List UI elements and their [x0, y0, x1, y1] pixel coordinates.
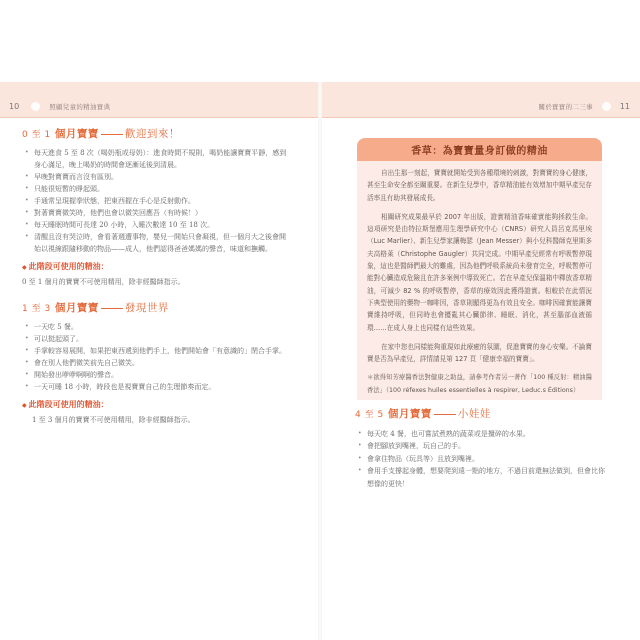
list-item: 會拿住物品（玩具等）且放到嘴裡。 — [358, 453, 605, 466]
left-content: 0 至 1 個月寶寶歡迎到來！ 每天進食 5 至 8 次（喝奶瓶或母奶）：進食時… — [22, 128, 292, 426]
em-dash-line — [434, 414, 456, 415]
vanilla-info-box: 香草：為寶寶量身訂做的精油 自出生那一刻起，寶寶就開始受到各種環境的刺激，對寶寶… — [357, 138, 602, 400]
list-item: 手掌較容易展開，如果把東西遞到他們手上，他們開始會「有意識的」閉合手掌。 — [25, 345, 292, 357]
running-title: 照顧兒童的精油寶典 — [49, 102, 110, 111]
left-header-band: 10 照顧兒童的精油寶典 — [0, 82, 320, 118]
list-item: 一天吃 5 餐。 — [25, 321, 292, 333]
diamond-bullet-icon: ◆ — [22, 264, 27, 271]
oil-heading-0-1: ◆此階段可使用的精油： — [22, 261, 292, 274]
left-running-header: 10 照顧兒童的精油寶典 — [9, 102, 110, 111]
list-item: 每天進食 5 至 8 次（喝奶瓶或母奶）：進食時間不規則，喝奶能讓寶寶平靜，感到… — [25, 147, 292, 171]
box-title: 香草：為寶寶量身訂做的精油 — [357, 138, 602, 161]
section-title-1-3: 1 至 3 個月寶寶發現世界 — [22, 302, 292, 315]
list-item: 會把腳放到嘴裡，玩自己的手。 — [358, 440, 605, 453]
list-item: 開始發出咿咿啊啊的聲音。 — [25, 369, 292, 381]
list-item: 每天吃 4 餐，也可嘗試煮熟的蔬菜或是攪碎的水果。 — [358, 428, 605, 441]
right-header-band: 關於寶寶的二三事 11 — [320, 82, 640, 118]
oil-text-1-3: 1 至 3 個月的寶寶不可使用精用，除非經醫師指示。 — [22, 414, 292, 426]
em-dash-line — [101, 308, 123, 309]
right-page: 關於寶寶的二三事 11 香草：為寶寶量身訂做的精油 自出生那一刻起，寶寶就開始受… — [320, 0, 640, 640]
list-item: 每天睡眠時間可長達 20 小時，入睡次數達 10 至 18 次。 — [25, 219, 292, 231]
list-item: 早晚對寶寶而言沒有區別。 — [25, 171, 292, 183]
left-page: 10 照顧兒童的精油寶典 0 至 1 個月寶寶歡迎到來！ 每天進食 5 至 8 … — [0, 0, 320, 640]
list-item: 會在別人他們微笑前先自己微笑。 — [25, 357, 292, 369]
bullet-list-0-1: 每天進食 5 至 8 次（喝奶瓶或母奶）：進食時間不規則，喝奶能讓寶寶平靜，感到… — [22, 147, 292, 255]
box-paragraph: 相關研究成果最早於 2007 年出版，證實精油香味確實能夠拯救生命。這項研究是由… — [367, 211, 592, 334]
box-footnote: ＊欲得知芳療醫香法對健康之助益，請參考作者另一著作「100 種反射：精油醫香法」… — [367, 372, 592, 397]
list-item: 會用手支撐起身體，想要爬到遠一點的地方，不過目前還無法做到，但會比你想像的更快！ — [358, 465, 605, 490]
bullet-list-4-5: 每天吃 4 餐，也可嘗試煮熟的蔬菜或是攪碎的水果。 會把腳放到嘴裡，玩自己的手。… — [355, 428, 605, 491]
header-dot-icon — [31, 102, 40, 111]
list-item: 一天可睡 18 小時，時段也是視寶寶自己的生理節奏而定。 — [25, 381, 292, 393]
section-title-4-5: 4 至 5 個月寶寶小娃娃 — [355, 408, 605, 422]
book-spread: 10 照顧兒童的精油寶典 0 至 1 個月寶寶歡迎到來！ 每天進食 5 至 8 … — [0, 0, 640, 640]
bullet-list-1-3: 一天吃 5 餐。 可以挺起頭了。 手掌較容易展開，如果把東西遞到他們手上，他們開… — [22, 321, 292, 393]
section-title-0-1: 0 至 1 個月寶寶歡迎到來！ — [22, 128, 292, 141]
list-item: 清醒且沒有哭泣時，會看著週遭事物，嬰兒一開始只會凝視，但一個月大之後會開始以視線… — [25, 231, 292, 255]
em-dash-line — [101, 134, 123, 135]
list-item: 對著寶寶微笑時，他們也會以微笑回應吾（有時候！） — [25, 207, 292, 219]
diamond-bullet-icon: ◆ — [22, 402, 27, 409]
box-paragraph: 在家中您也同樣能夠重現如此療癒的氛圍，促進寶寶的身心安樂。不論寶寶是否為早產兒，… — [367, 341, 592, 366]
oil-heading-1-3: ◆此階段可使用的精油： — [22, 399, 292, 412]
right-running-header: 關於寶寶的二三事 11 — [538, 102, 630, 111]
running-title: 關於寶寶的二三事 — [538, 102, 592, 111]
box-body: 自出生那一刻起，寶寶就開始受到各種環境的刺激，對寶寶的身心健康，甚至生命安全都至… — [357, 161, 602, 397]
header-dot-icon — [602, 102, 611, 111]
page-number: 11 — [620, 102, 630, 111]
book-gutter — [318, 82, 322, 640]
page-number: 10 — [9, 102, 19, 111]
oil-text-0-1: 0 至 1 個月的寶寶不可使用精用，除非經醫師指示。 — [22, 276, 292, 288]
list-item: 手通常呈現握拳狀態，把東西握在手心是反射動作。 — [25, 195, 292, 207]
list-item: 只能很短暫的睜起頭。 — [25, 183, 292, 195]
right-section: 4 至 5 個月寶寶小娃娃 每天吃 4 餐，也可嘗試煮熟的蔬菜或是攪碎的水果。 … — [355, 408, 605, 490]
list-item: 可以挺起頭了。 — [25, 333, 292, 345]
box-paragraph: 自出生那一刻起，寶寶就開始受到各種環境的刺激，對寶寶的身心健康，甚至生命安全都至… — [367, 167, 592, 204]
